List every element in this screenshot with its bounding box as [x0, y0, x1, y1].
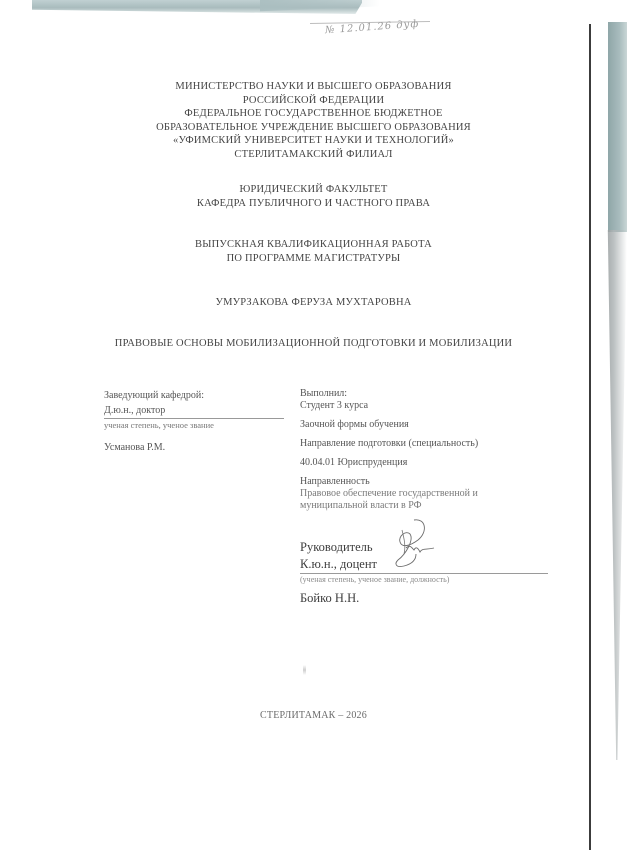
thesis-title: ПРАВОВЫЕ ОСНОВЫ МОБИЛИЗАЦИОННОЙ ПОДГОТОВ… [0, 337, 627, 351]
footer-city-year: СТЕРЛИТАМАК – 2026 [0, 709, 627, 723]
student-label: Выполнил: [300, 388, 560, 400]
focus-label: Направленность [300, 476, 560, 488]
head-degree: Д.ю.н., доктор [104, 403, 284, 419]
work-type: ВЫПУСКНАЯ КВАЛИФИКАЦИОННАЯ РАБОТА [0, 238, 627, 252]
header-line: «УФИМСКИЙ УНИВЕРСИТЕТ НАУКИ И ТЕХНОЛОГИЙ… [0, 134, 627, 148]
handwritten-registration-note: № 12.01.26 дуф [325, 19, 420, 37]
scan-shadow-right-taper [603, 230, 627, 760]
program-type: ПО ПРОГРАММЕ МАГИСТРАТУРЫ [0, 252, 627, 266]
head-label: Заведующий кафедрой: [104, 388, 294, 403]
direction-label: Направление подготовки (специальность) [300, 438, 560, 450]
header-line: РОССИЙСКОЙ ФЕДЕРАЦИИ [0, 94, 627, 108]
author-name: УМУРЗАКОВА ФЕРУЗА МУХТАРОВНА [0, 296, 627, 310]
head-of-department-block: Заведующий кафедрой: Д.ю.н., доктор учен… [104, 388, 294, 455]
head-degree-caption: ученая степень, ученое звание [104, 420, 294, 432]
student-form: Заочной формы обучения [300, 419, 560, 431]
focus-line-1: Правовое обеспечение государственной и [300, 488, 560, 500]
faculty-block: ЮРИДИЧЕСКИЙ ФАКУЛЬТЕТ КАФЕДРА ПУБЛИЧНОГО… [0, 183, 627, 210]
signature-icon [392, 518, 438, 570]
student-course: Студент 3 курса [300, 400, 560, 412]
header-line: МИНИСТЕРСТВО НАУКИ И ВЫСШЕГО ОБРАЗОВАНИЯ [0, 80, 627, 94]
scan-speck [303, 665, 306, 675]
ministry-header: МИНИСТЕРСТВО НАУКИ И ВЫСШЕГО ОБРАЗОВАНИЯ… [0, 80, 627, 161]
header-line: ОБРАЗОВАТЕЛЬНОЕ УЧРЕЖДЕНИЕ ВЫСШЕГО ОБРАЗ… [0, 121, 627, 135]
header-line: СТЕРЛИТАМАКСКИЙ ФИЛИАЛ [0, 148, 627, 162]
header-line: ФЕДЕРАЛЬНОЕ ГОСУДАРСТВЕННОЕ БЮДЖЕТНОЕ [0, 107, 627, 121]
faculty-name: ЮРИДИЧЕСКИЙ ФАКУЛЬТЕТ [0, 183, 627, 197]
student-block: Выполнил: Студент 3 курса Заочной формы … [300, 388, 560, 512]
supervisor-name: Бойко Н.Н. [300, 591, 555, 606]
work-type-block: ВЫПУСКНАЯ КВАЛИФИКАЦИОННАЯ РАБОТА ПО ПРО… [0, 238, 627, 265]
department-name: КАФЕДРА ПУБЛИЧНОГО И ЧАСТНОГО ПРАВА [0, 197, 627, 211]
head-name: Усманова Р.М. [104, 440, 294, 455]
direction-value: 40.04.01 Юриспруденция [300, 457, 560, 469]
scan-shadow-top-fade [260, 0, 380, 16]
supervisor-caption: (ученая степень, ученое звание, должност… [300, 574, 555, 586]
focus-line-2: муниципальной власти в РФ [300, 500, 560, 512]
